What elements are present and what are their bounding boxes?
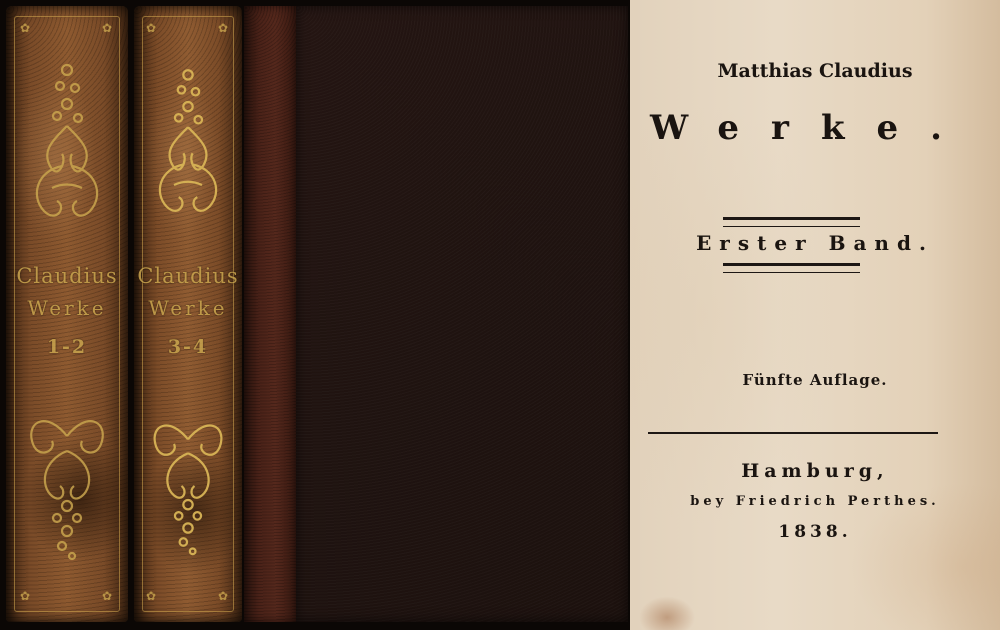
gilt-corner-flower-icon: ✿	[20, 22, 32, 34]
title-page-volume: Erster Band.	[630, 231, 1000, 255]
spine-title: Werke	[6, 296, 128, 320]
double-rule-divider	[723, 263, 860, 273]
spine-volume-number: 1-2	[6, 336, 128, 358]
title-page-year: 1838.	[630, 522, 1000, 542]
book-cover-dark	[296, 6, 628, 622]
title-page-author: Matthias Claudius	[630, 60, 1000, 82]
book-spine-volume-1-2: ✿ ✿ ✿ ✿ Claudius Werke 1-2	[6, 6, 128, 622]
gilt-scroll-ornament-top-icon	[146, 56, 230, 231]
book-photo-scene: ✿ ✿ ✿ ✿ Claudius Werke 1-2	[0, 0, 1000, 630]
gilt-scroll-ornament-top-icon	[22, 56, 112, 231]
gilt-corner-flower-icon: ✿	[102, 22, 114, 34]
title-page-edition: Fünfte Auflage.	[630, 371, 1000, 389]
spine-author: Claudius	[6, 264, 128, 288]
gilt-corner-flower-icon: ✿	[146, 590, 158, 602]
gilt-corner-flower-icon: ✿	[146, 22, 158, 34]
gilt-scroll-ornament-bottom-icon	[146, 406, 230, 566]
book-spine-volume-3-4: ✿ ✿ ✿ ✿ Claudius Werke 3-4	[134, 6, 242, 622]
book-spine-red-leather	[244, 6, 296, 622]
title-page-title: Werke.	[624, 108, 1000, 148]
spine-title: Werke	[134, 296, 242, 320]
double-rule-divider	[723, 217, 860, 227]
title-page-city: Hamburg,	[630, 460, 1000, 482]
gilt-corner-flower-icon: ✿	[218, 590, 230, 602]
title-page-publisher: bey Friedrich Perthes.	[630, 494, 1000, 509]
gilt-corner-flower-icon: ✿	[218, 22, 230, 34]
single-rule-divider	[648, 432, 938, 434]
spine-author: Claudius	[134, 264, 242, 288]
gilt-corner-flower-icon: ✿	[102, 590, 114, 602]
spine-volume-number: 3-4	[134, 336, 242, 358]
gilt-corner-flower-icon: ✿	[20, 590, 32, 602]
gilt-scroll-ornament-bottom-icon	[22, 406, 112, 566]
title-page: Matthias Claudius Werke. Erster Band. Fü…	[630, 0, 1000, 630]
